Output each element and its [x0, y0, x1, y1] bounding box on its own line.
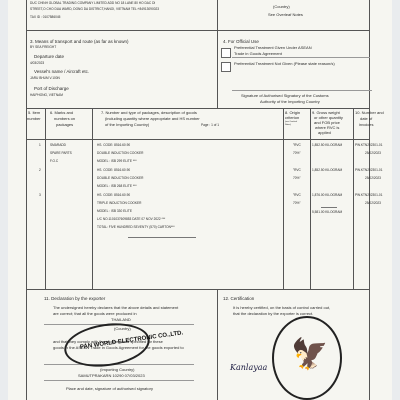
- port-value: HAIPHONG, VIETNAM: [30, 94, 63, 97]
- importing-country-label: (Importing Country): [100, 368, 134, 372]
- gross-weight: 1,852.50 KILOGRAM: [312, 144, 342, 147]
- place-date: SAMUTPRAKARN 10290 07/03/2023: [78, 374, 145, 378]
- box11-title: 11. Declaration by the exporter: [44, 297, 105, 302]
- item-number: 1: [39, 144, 41, 147]
- header-item-2: number: [27, 117, 41, 121]
- invoice-number: PW.KTN202301-01: [355, 169, 382, 172]
- header-weight-5: applied: [318, 131, 331, 135]
- officer-signature: Kanlayaa: [230, 363, 267, 372]
- model: MODEL : ISB 299 ELITE ***: [97, 160, 137, 163]
- port-label: Port of Discharge: [34, 87, 69, 92]
- vessel-value: JARU BHUM V.100N: [30, 77, 60, 80]
- marks-line-2: SPARE PARTS: [50, 152, 72, 155]
- invoice-number: PW.KTN202301-01: [355, 144, 382, 147]
- origin-criterion: "RVC: [293, 169, 301, 172]
- marks-line-1: SMARADD: [50, 144, 66, 147]
- customs-sig-line1: Signature of Authorised Signatory of the…: [241, 94, 329, 98]
- header-desc-2: (including quantity where appropriate an…: [105, 117, 200, 121]
- declaration-text-1: The undersigned hereby declares that the…: [53, 306, 178, 310]
- gross-weight: 1,852.50 KILOGRAM: [312, 169, 342, 172]
- header-origin-3: (see Overleaf: [285, 121, 297, 123]
- transport-mode: BY SEA FREIGHT: [30, 46, 56, 49]
- box12-title: 12. Certification: [223, 297, 254, 302]
- invoice-number: PW.KTN202301-01: [355, 194, 382, 197]
- declaration-text-2: are correct; that all the goods were pro…: [53, 312, 137, 316]
- garuda-emblem-icon: 🦅: [291, 340, 328, 370]
- item-number: 3: [39, 194, 41, 197]
- customs-sig-line2: Authority of the Importing Country: [260, 100, 320, 104]
- departure-value: 4/03/2023: [30, 62, 44, 65]
- hs-code: HS. CODE: 8516.60.90: [97, 144, 130, 147]
- description: DOUBLE INDUCTION COOKER: [97, 177, 143, 180]
- origin-percent: 70%": [293, 177, 301, 180]
- certificate-page: DUC CHINH GLOBAL TRADING COMPANY LIMITED…: [8, 0, 392, 400]
- box4-title: 4. For Official Use: [223, 40, 259, 45]
- invoice-date: 25/02/2023: [365, 152, 381, 155]
- certification-text-1: It is hereby certified, on the basis of …: [233, 306, 330, 310]
- hs-code: HS. CODE: 8516.60.90: [97, 169, 130, 172]
- origin-percent: 70%": [293, 152, 301, 155]
- description: DOUBLE INDUCTION COOKER: [97, 152, 143, 155]
- government-seal: 🦅: [272, 316, 342, 400]
- vessel-label: Vessel's name / Aircraft etc.: [34, 70, 89, 75]
- header-invoice-3: invoices: [359, 123, 373, 127]
- preferential-given-checkbox[interactable]: [221, 48, 231, 58]
- exporter-line-1: DUC CHINH GLOBAL TRADING COMPANY LIMITED…: [30, 2, 155, 5]
- model: MODEL : ISB 268 ELITE ***: [97, 185, 137, 188]
- page-indicator: Page : 1 of 1: [201, 124, 219, 127]
- exporter-line-2: STREET,O CHO DUA WARD, DONG DA DISTRICT,…: [30, 8, 159, 11]
- marks-line-3: F.O.C: [50, 160, 58, 163]
- gross-weight: 1,876.00 KILOGRAM: [312, 194, 342, 197]
- hs-code: HS. CODE: 8516.60.90: [97, 194, 130, 197]
- invoice-date: 25/02/2023: [365, 177, 381, 180]
- option2: Preferential Treatment Not Given (Please…: [234, 62, 335, 66]
- item-number: 2: [39, 169, 41, 172]
- produced-country: THAILAND: [111, 318, 131, 322]
- origin-percent: 70%": [293, 202, 301, 205]
- model: MODEL : ISB 330 ELITE: [97, 210, 132, 213]
- origin-criterion: "RVC: [293, 194, 301, 197]
- box3-title: 3. Means of transport and route (as far …: [30, 40, 129, 45]
- preferential-not-given-checkbox[interactable]: [221, 62, 231, 72]
- header-origin-2: criterion: [285, 116, 299, 120]
- header-invoice-2: date of: [360, 117, 372, 121]
- tax-id: TAX ID : 0107586045: [30, 16, 60, 19]
- header-invoice-1: 10. Number and: [355, 111, 384, 115]
- header-desc-1: 7. Number and type of packages, descript…: [101, 111, 197, 115]
- certification-text-2: that the declaration by the exporter is …: [233, 312, 313, 316]
- option1-line1: Preferential Treatment Given Under ASEAN: [234, 46, 312, 50]
- header-marks-3: packages: [56, 123, 73, 127]
- header-origin-4: Notes): [285, 124, 291, 126]
- invoice-date: 25/02/2023: [365, 202, 381, 205]
- overleaf-notes: See Overleaf Notes: [268, 13, 303, 17]
- total-weight: 5,581.00 KILOGRAM: [312, 211, 342, 214]
- country-label: (Country): [273, 5, 290, 9]
- header-marks-1: 6. Marks and: [50, 111, 73, 115]
- lc-number: L/C NO.1101037609853 DATE 07 NOV 2022 **…: [97, 218, 165, 221]
- header-marks-2: numbers on: [54, 117, 75, 121]
- description: TRIPLE INDUCTION COOKER: [97, 202, 141, 205]
- departure-label: Departure date: [34, 55, 64, 60]
- origin-criterion: "RVC: [293, 144, 301, 147]
- exporter-signature-label: Place and date, signature of authorised …: [66, 387, 153, 391]
- header-item-1: 5. Item: [28, 111, 40, 115]
- total-cartons: TOTAL: FIVE HUNDRED SEVENTY (570) CARTON…: [97, 226, 175, 229]
- option1-line2: Trade in Goods Agreement: [234, 52, 282, 56]
- header-desc-3: of the Importing Country): [105, 123, 149, 127]
